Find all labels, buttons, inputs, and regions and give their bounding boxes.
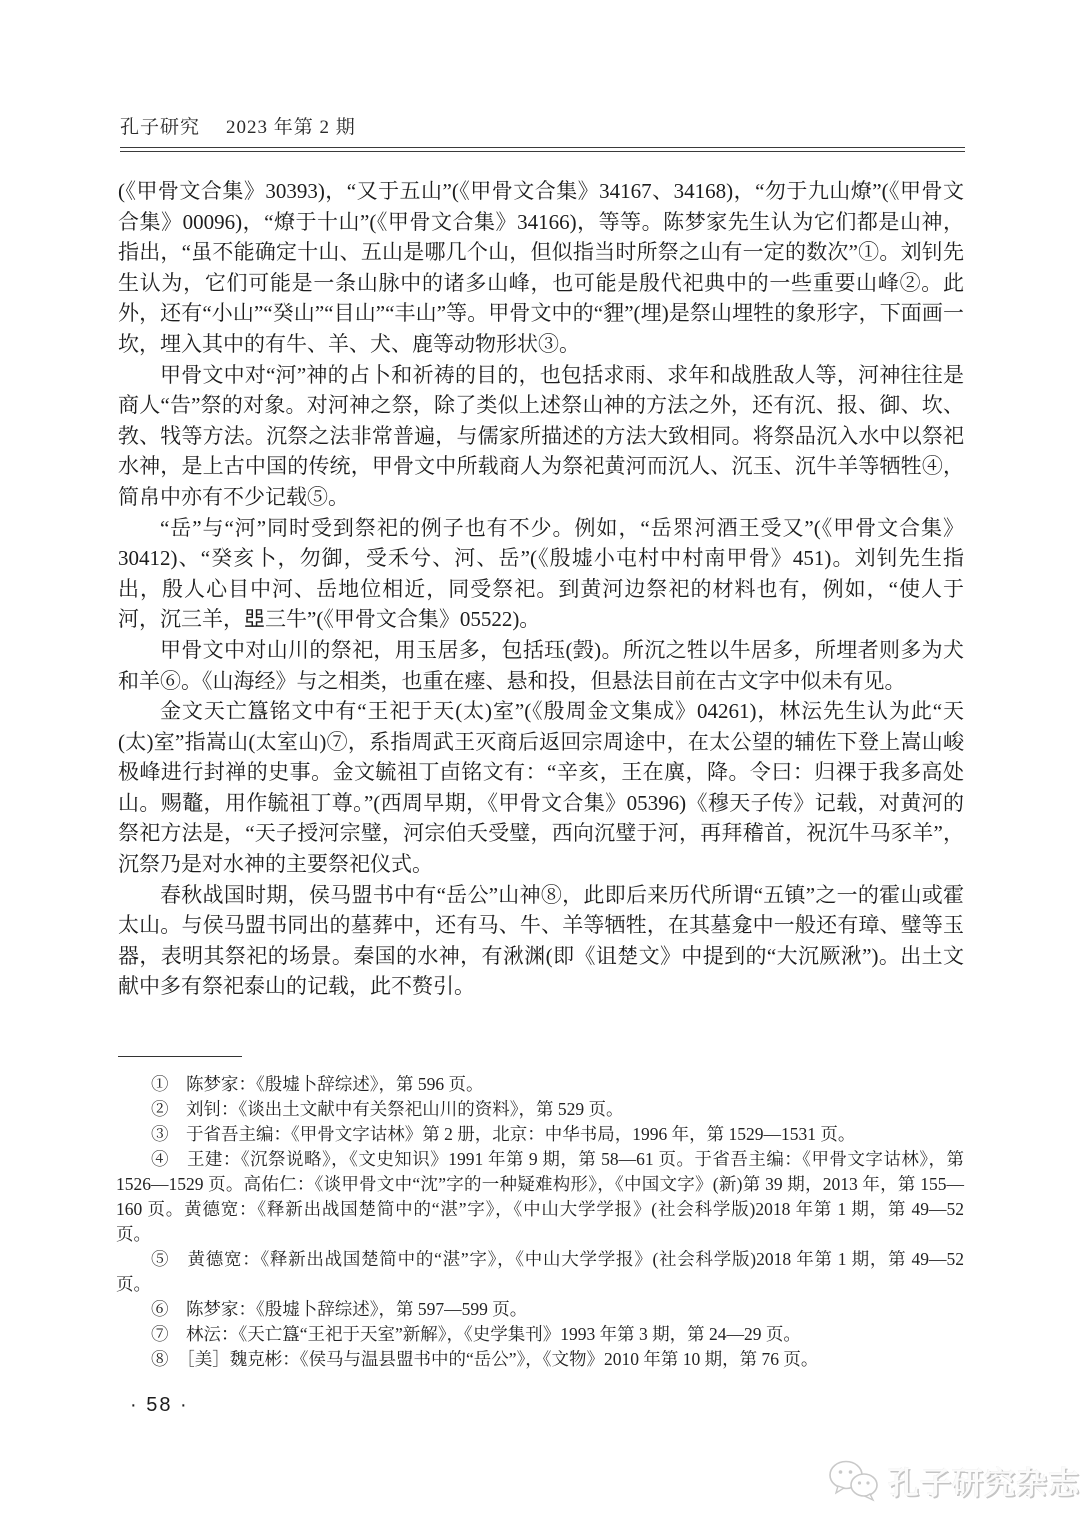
page-number: · 58 · [130, 1394, 189, 1417]
paragraph-2: 甲骨文中对“河”神的占卜和祈祷的目的，也包括求雨、求年和战胜敌人等，河神往往是商… [118, 360, 964, 513]
footnote-2: ② 刘钊：《谈出土文献中有关祭祀山川的资料》，第 529 页。 [116, 1097, 964, 1122]
article-body: (《甲骨文合集》30393)，“又于五山”(《甲骨文合集》34167、34168… [118, 176, 964, 1002]
footnote-separator [118, 1056, 242, 1057]
paragraph-5: 金文天亡簋铭文中有“王祀于天(太)室”(《殷周金文集成》04261)，林沄先生认… [118, 696, 964, 880]
footnote-6: ⑥ 陈梦家：《殷墟卜辞综述》，第 597—599 页。 [116, 1297, 964, 1322]
paragraph-1: (《甲骨文合集》30393)，“又于五山”(《甲骨文合集》34167、34168… [118, 176, 964, 360]
journal-title: 孔子研究 [120, 117, 200, 138]
header-rule [120, 147, 965, 152]
running-head: 孔子研究2023 年第 2 期 [120, 112, 965, 139]
footnotes: ① 陈梦家：《殷墟卜辞综述》，第 596 页。 ② 刘钊：《谈出土文献中有关祭祀… [116, 1072, 964, 1372]
watermark-text: 孔子研究杂志 [888, 1458, 1080, 1503]
footnote-3: ③ 于省吾主编：《甲骨文字诂林》第 2 册，北京：中华书局，1996 年，第 1… [116, 1122, 964, 1147]
footnote-5: ⑤ 黄德宽：《释新出战国楚简中的“湛”字》，《中山大学学报》(社会科学版)201… [116, 1247, 964, 1297]
watermark: 孔子研究杂志 [828, 1458, 1080, 1503]
footnote-1: ① 陈梦家：《殷墟卜辞综述》，第 596 页。 [116, 1072, 964, 1097]
paragraph-4: 甲骨文中对山川的祭祀，用玉居多，包括珏(瑴)。所沉之牲以牛居多，所埋者则多为犬和… [118, 635, 964, 696]
journal-page: 孔子研究2023 年第 2 期 (《甲骨文合集》30393)，“又于五山”(《甲… [0, 0, 1080, 1526]
footnote-8: ⑧ ［美］魏克彬：《侯马与温县盟书中的“岳公”》，《文物》2010 年第 10 … [116, 1347, 964, 1372]
footnote-4: ④ 王建：《沉祭说略》，《文史知识》1991 年第 9 期，第 58—61 页。… [116, 1147, 964, 1247]
footnote-7: ⑦ 林沄：《天亡簋“王祀于天室”新解》，《史学集刊》1993 年第 3 期，第 … [116, 1322, 964, 1347]
issue-info: 2023 年第 2 期 [226, 117, 356, 138]
wechat-icon [828, 1459, 880, 1503]
paragraph-6: 春秋战国时期，侯马盟书中有“岳公”山神⑧，此即后来历代所谓“五镇”之一的霍山或霍… [118, 880, 964, 1002]
paragraph-3: “岳”与“河”同时受到祭祀的例子也有不少。例如，“岳眔河酒王受又”(《甲骨文合集… [118, 513, 964, 635]
